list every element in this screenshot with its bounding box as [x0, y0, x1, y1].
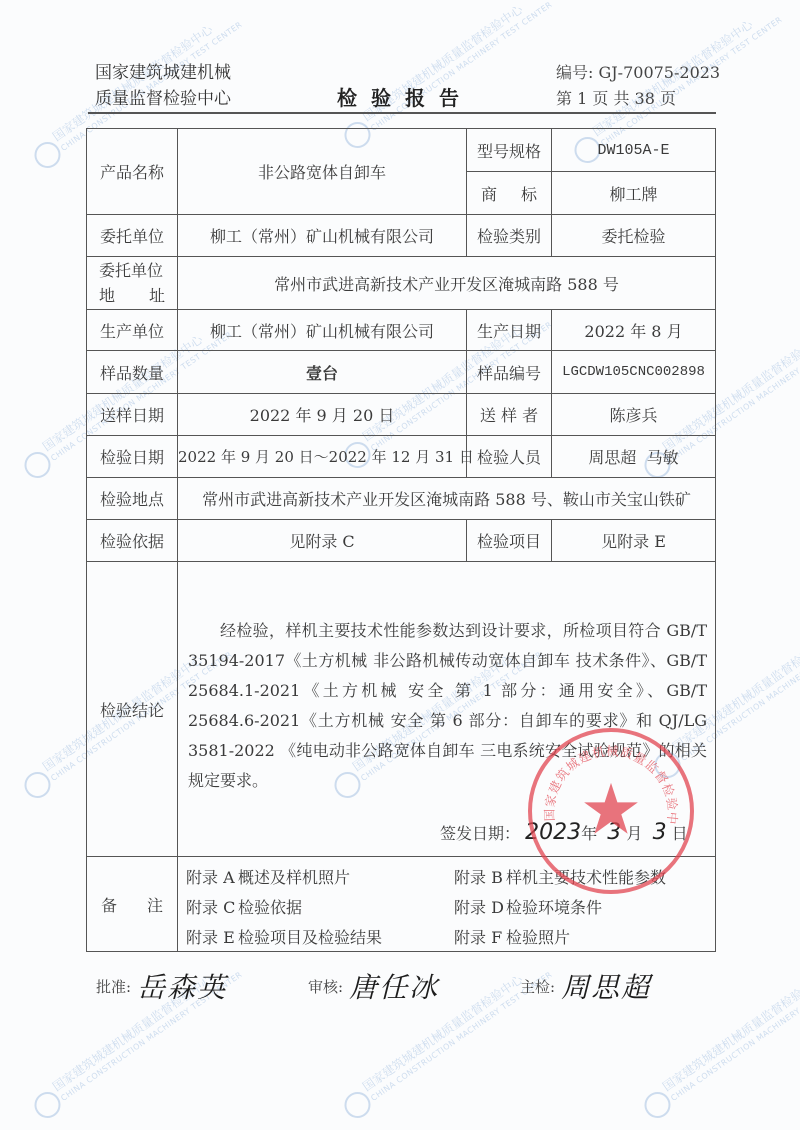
- watermark-logo-icon: [19, 767, 55, 803]
- approver-label: 批准:: [96, 976, 131, 997]
- inspection-type-value: 委托检验: [552, 215, 716, 257]
- reviewer-signature: 审核: 唐任冰: [308, 966, 439, 1006]
- inspection-report-table: 产品名称 非公路宽体自卸车 型号规格 DW105A-E 商标 柳工牌 委托单位 …: [86, 128, 716, 952]
- appendix-key: 附录 D: [454, 895, 506, 918]
- deliverer-value: 陈彦兵: [552, 394, 716, 436]
- reviewer-name: 唐任冰: [349, 966, 439, 1006]
- appendix-value: 检验环境条件: [506, 895, 602, 918]
- watermark-logo-icon: [639, 1087, 675, 1123]
- product-name-value: 非公路宽体自卸车: [178, 129, 467, 215]
- items-value: 见附录 E: [552, 520, 716, 562]
- issue-month: 3: [607, 820, 621, 845]
- sample-quantity-label: 样品数量: [87, 351, 178, 394]
- appendix-value: 概述及样机照片: [238, 865, 350, 888]
- watermark-logo-icon: [29, 1087, 65, 1123]
- conclusion-text: 经检验，样机主要技术性能参数达到设计要求，所检项目符合 GB/T 35194-2…: [188, 616, 707, 796]
- production-date-label: 生产日期: [467, 310, 552, 351]
- deliverer-label: 送 样 者: [467, 394, 552, 436]
- client-address-label-line1: 委托单位: [87, 257, 177, 285]
- appendix-key: 附录 F: [454, 925, 506, 948]
- remarks-label-part2: 注: [147, 893, 163, 916]
- appendix-value: 检验照片: [506, 925, 570, 948]
- chief-inspector-label: 主检:: [520, 976, 555, 997]
- approver-name: 岳森英: [137, 966, 227, 1006]
- remarks-label-part1: 备: [101, 893, 117, 916]
- appendix-item: 附录 D检验环境条件: [454, 895, 704, 918]
- watermark-logo-icon: [29, 137, 65, 173]
- brand-label-part2: 标: [521, 182, 537, 205]
- page-info: 第 1 页 共 38 页: [556, 86, 720, 112]
- issue-day-unit: 日: [672, 824, 688, 843]
- appendix-item: 附录 C检验依据: [186, 895, 454, 918]
- header-divider: [88, 112, 716, 114]
- issue-date-label: 签发日期：: [440, 824, 520, 843]
- inspection-type-label: 检验类别: [467, 215, 552, 257]
- issue-day: 3: [653, 820, 667, 845]
- appendix-item: 附录 A概述及样机照片: [186, 865, 454, 888]
- issue-year-unit: 年: [581, 824, 597, 843]
- issue-month-unit: 月: [626, 824, 642, 843]
- reviewer-label: 审核:: [308, 976, 343, 997]
- brand-label-part1: 商: [481, 182, 497, 205]
- chief-inspector-name: 周思超: [561, 966, 651, 1006]
- items-label: 检验项目: [467, 520, 552, 562]
- appendix-key: 附录 A: [186, 865, 238, 888]
- conclusion-label: 检验结论: [87, 562, 178, 857]
- appendix-value: 检验项目及检验结果: [238, 925, 382, 948]
- production-date-value: 2022 年 8 月: [552, 310, 716, 351]
- client-label: 委托单位: [87, 215, 178, 257]
- brand-value: 柳工牌: [552, 172, 716, 215]
- watermark-logo-icon: [19, 447, 55, 483]
- appendix-item: 附录 B样机主要技术性能参数: [454, 865, 704, 888]
- issue-date: 签发日期： 2023年 3 月 3 日: [440, 818, 688, 849]
- remarks-appendix-list: 附录 A概述及样机照片 附录 B样机主要技术性能参数 附录 C检验依据 附录 D…: [178, 857, 716, 952]
- appendix-value: 样机主要技术性能参数: [506, 865, 666, 888]
- manufacturer-label: 生产单位: [87, 310, 178, 351]
- watermark-logo: 国家建筑城建机械质量监督检验中心CHINA CONSTRUCTION MACHI…: [25, 992, 195, 1128]
- report-meta: 编号: GJ-70075-2023 第 1 页 共 38 页: [556, 60, 720, 112]
- watermark-text: 国家建筑城建机械质量监督检验中心: [659, 971, 800, 1095]
- client-address-label-part2: 址: [149, 285, 165, 307]
- client-address-label-part1: 地: [99, 285, 115, 307]
- client-address-value: 常州市武进高新技术产业开发区淹城南路 588 号: [178, 257, 716, 310]
- client-address-label: 委托单位 地址: [87, 257, 178, 310]
- product-name-label: 产品名称: [87, 129, 178, 215]
- inspection-date-value: 2022 年 9 月 20 日～2022 年 12 月 31 日: [178, 436, 467, 478]
- watermark-logo-icon: [339, 1087, 375, 1123]
- remarks-label: 备注: [87, 857, 178, 952]
- watermark-logo: 国家建筑城建机械质量监督检验中心CHINA CONSTRUCTION MACHI…: [635, 992, 800, 1128]
- appendix-item: 附录 F检验照片: [454, 925, 704, 948]
- appendix-item: 附录 E检验项目及检验结果: [186, 925, 454, 948]
- basis-value: 见附录 C: [178, 520, 467, 562]
- issue-year: 2023: [525, 820, 581, 845]
- appendix-value: 检验依据: [238, 895, 302, 918]
- sample-number-label: 样品编号: [467, 351, 552, 394]
- client-value: 柳工（常州）矿山机械有限公司: [178, 215, 467, 257]
- appendix-key: 附录 C: [186, 895, 238, 918]
- sample-number-value: LGCDW105CNC002898: [552, 351, 716, 394]
- location-value: 常州市武进高新技术产业开发区淹城南路 588 号、鞍山市关宝山铁矿: [178, 478, 716, 520]
- location-label: 检验地点: [87, 478, 178, 520]
- inspectors-value: 周思超 马敏: [552, 436, 716, 478]
- basis-label: 检验依据: [87, 520, 178, 562]
- report-number: 编号: GJ-70075-2023: [556, 60, 720, 86]
- chief-inspector-signature: 主检: 周思超: [520, 966, 651, 1006]
- brand-label: 商标: [467, 172, 552, 215]
- manufacturer-value: 柳工（常州）矿山机械有限公司: [178, 310, 467, 351]
- appendix-key: 附录 B: [454, 865, 506, 888]
- watermark-text-en: CHINA CONSTRUCTION MACHINERY TEST CENTER: [669, 970, 800, 1103]
- delivery-date-label: 送样日期: [87, 394, 178, 436]
- inspectors-label: 检验人员: [467, 436, 552, 478]
- watermark-logo: 国家建筑城建机械质量监督检验中心CHINA CONSTRUCTION MACHI…: [335, 992, 505, 1128]
- sample-quantity-value: 壹台: [178, 351, 467, 394]
- conclusion-cell: 经检验，样机主要技术性能参数达到设计要求，所检项目符合 GB/T 35194-2…: [178, 562, 716, 857]
- model-value: DW105A-E: [552, 129, 716, 172]
- approver-signature: 批准: 岳森英: [96, 966, 227, 1006]
- appendix-key: 附录 E: [186, 925, 238, 948]
- delivery-date-value: 2022 年 9 月 20 日: [178, 394, 467, 436]
- inspection-date-label: 检验日期: [87, 436, 178, 478]
- model-label: 型号规格: [467, 129, 552, 172]
